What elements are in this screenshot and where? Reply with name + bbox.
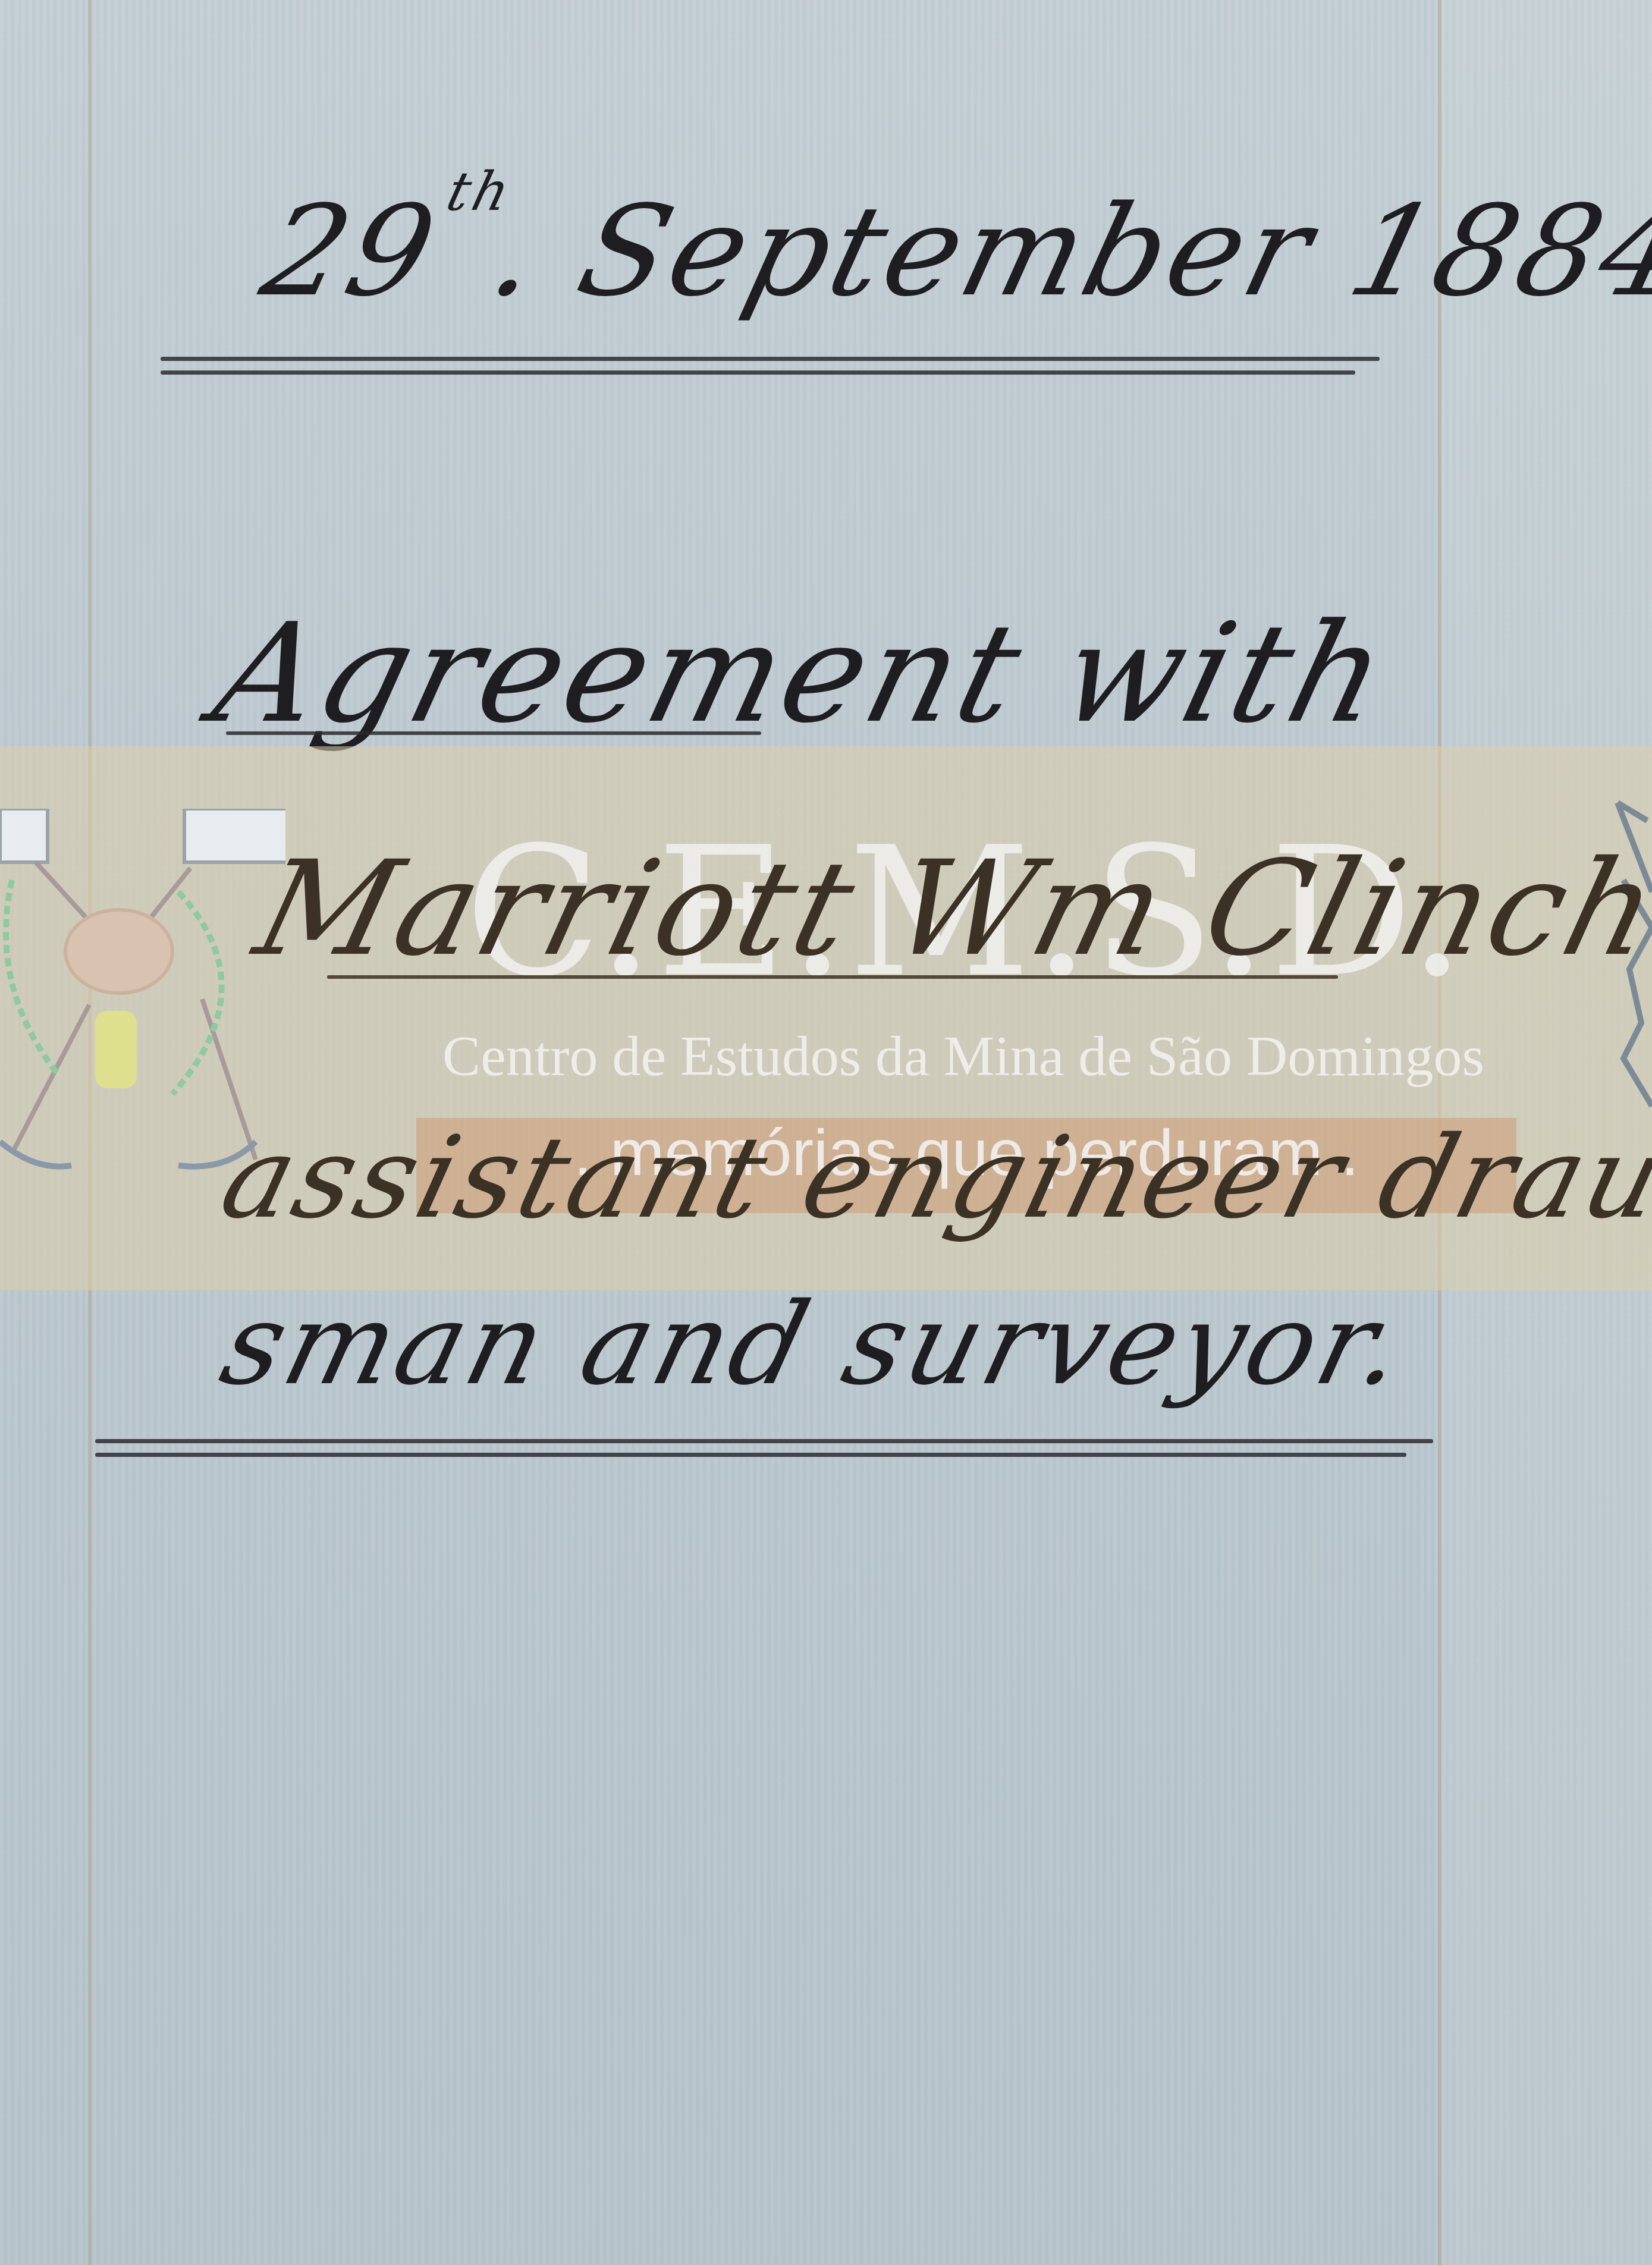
name-underline: [327, 975, 1338, 979]
name-first: Marriott: [243, 833, 872, 985]
role-line-2: sman and surveyor.: [209, 1278, 1421, 1410]
closing-divider: [95, 1439, 1433, 1466]
date-month-year: September 1884: [565, 178, 1652, 324]
watermark-subtitle: Centro de Estudos da Mina de São Domingo…: [410, 1023, 1516, 1089]
contractor-name: Marriott Wm Clinch: [243, 833, 1652, 985]
date-day: 29: [249, 178, 451, 324]
role-line-1: assistant engineer draught: [209, 1112, 1652, 1243]
agreement-heading: Agreement with: [200, 595, 1405, 753]
name-last: Clinch: [1190, 833, 1652, 985]
agreement-underline: [226, 731, 761, 735]
name-middle: Wm: [879, 833, 1183, 985]
document-date: 29th. September 1884: [249, 178, 1652, 324]
date-divider: [161, 357, 1380, 384]
